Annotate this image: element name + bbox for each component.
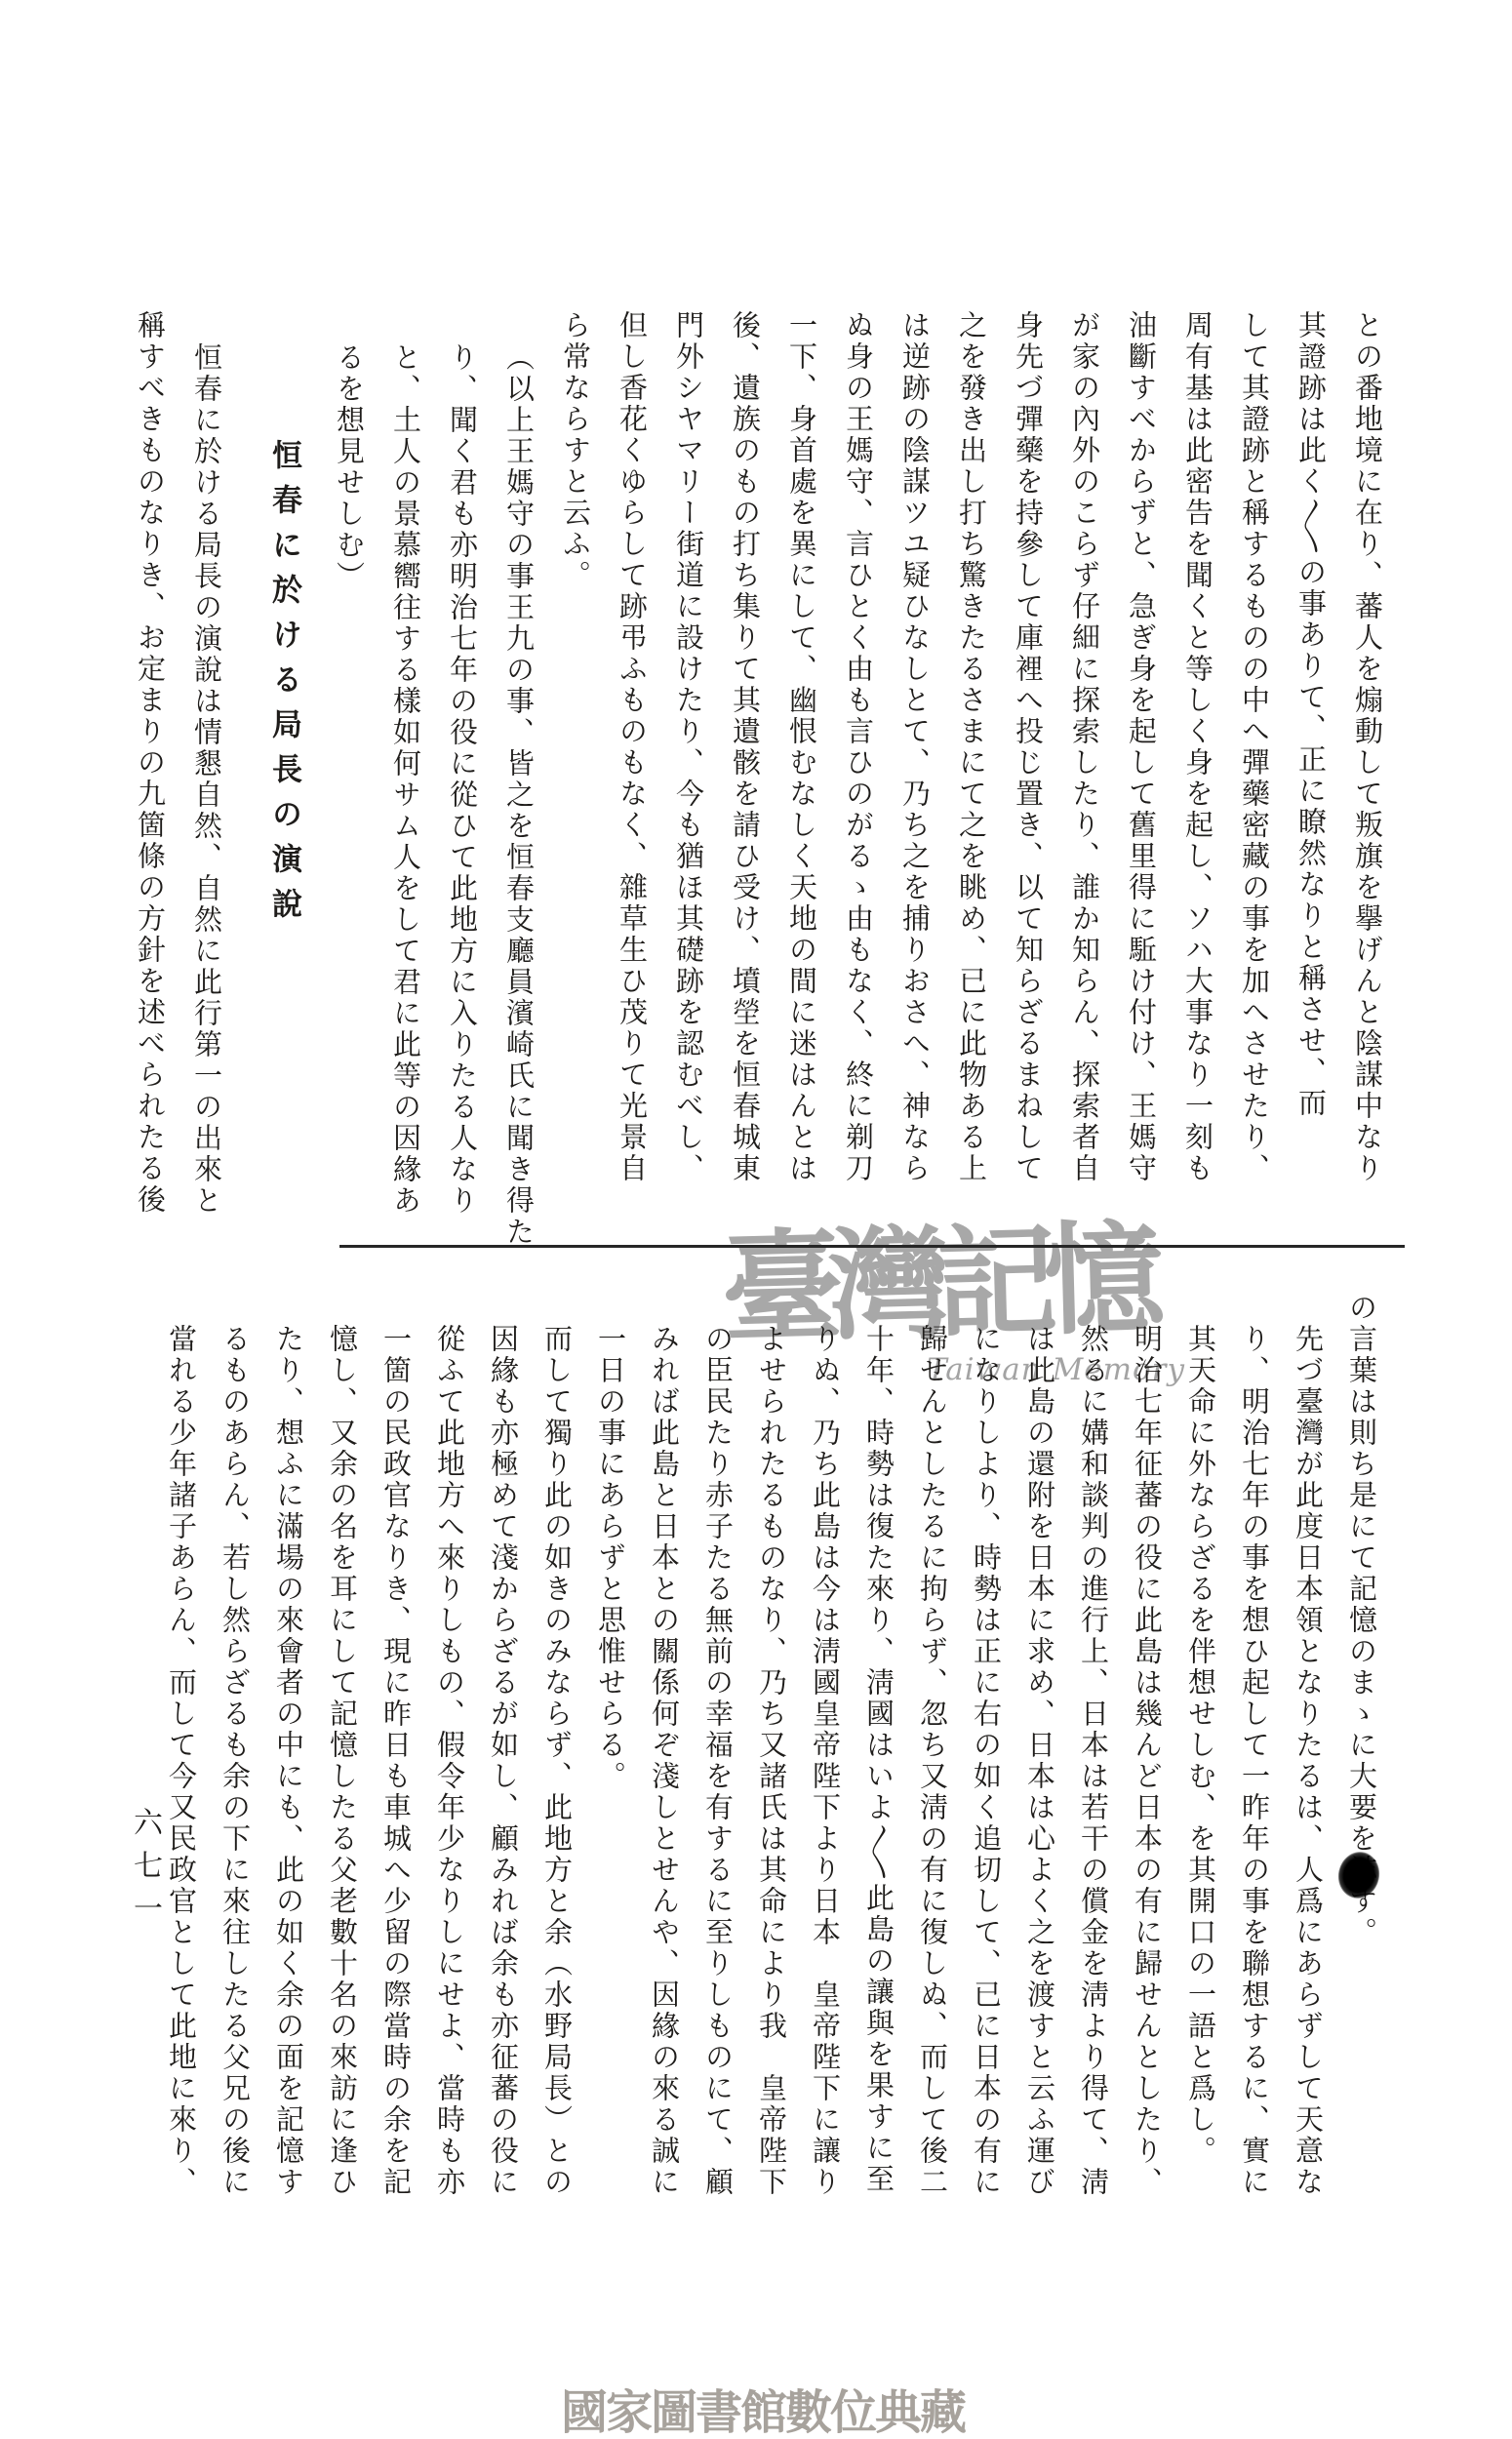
text-column: 歸せんとしたるに拘らず、忽ち又淸の有に復しぬ、而して後二 <box>904 1293 958 2249</box>
text-column: 先づ臺灣が此度日本領となりたるは、人爲にあらずして天意な <box>1280 1293 1333 2249</box>
text-column: 其證跡は此く〱の事ありて、正に瞭然なりと稱させ、而 <box>1282 310 1338 1237</box>
text-column: 其天命に外ならざるを伴想せしむ、を其開口の一語と爲し。 <box>1173 1293 1226 2249</box>
text-column: との番地境に在り、蕃人を煽動して叛旗を擧げんと陰謀中なり <box>1338 310 1395 1237</box>
text-column: りぬ、乃ち此島は今は淸國皇帝陛下より日本 皇帝陛下に讓り <box>797 1293 851 2249</box>
text-column: たり、想ふに滿場の來會者の中にも、此の如く余の面を記憶す <box>260 1293 314 2249</box>
text-column: 當れる少年諸子あらん、而して今又民政官として此地に來り、 <box>153 1293 207 2249</box>
text-column: 恒春に於ける局長の演說は情懇自然、自然に此行第一の出來と <box>178 310 234 1237</box>
page-number: 六七一 <box>123 1807 166 1936</box>
text-column: ぬ身の王媽守、言ひとく由も言ひのがるゝ由もなく、終に剃刀 <box>829 310 886 1237</box>
text-column: 門外シヤマリー街道に設けたり、今も猶ほ其礎跡を認むべし、 <box>659 310 716 1237</box>
text-column: の臣民たり赤子たる無前の幸福を有するに至りしものにて、顧 <box>690 1293 743 2249</box>
archive-caption: 國家圖書館數位典藏 <box>561 2375 965 2439</box>
section-heading: 恒春に於ける局長の演說 <box>254 310 314 1237</box>
text-column: 一下、身首處を異にして、幽恨むなしく天地の間に迷はんとは <box>773 310 829 1237</box>
text-column: （以上王媽守の事王九の事、皆之を恒春支廳員濱崎氏に聞き得た <box>490 310 546 1237</box>
text-column: るを想見せしむ） <box>320 310 377 1237</box>
text-column: 從ふて此地方へ來りしもの、假令年少なりしにせよ、當時も亦 <box>421 1293 475 2249</box>
text-column: 憶し、又余の名を耳にして記憶したる父老數十名の來訪に逢ひ <box>314 1293 368 2249</box>
text-column: 油斷すべからずと、急ぎ身を起して舊里得に駈け付け、王媽守 <box>1112 310 1169 1237</box>
text-column: 一日の事にあらずと思惟せらる。 <box>582 1293 636 2249</box>
text-column: よせられたるものなり、乃ち又諸氏は其命により我 皇帝陛下 <box>743 1293 797 2249</box>
text-column: みれば此島と日本との關係何ぞ淺しとせんや、因緣の來る誠に <box>636 1293 690 2249</box>
top-text-block: との番地境に在り、蕃人を煽動して叛旗を擧げんと陰謀中なり其證跡は此く〱の事ありて… <box>121 310 1395 1237</box>
document-page: 臺灣記憶 Taiwan Memory との番地境に在り、蕃人を煽動して叛旗を擧げ… <box>0 0 1512 2439</box>
text-column: り、聞く君も亦明治七年の役に從ひて此地方に入りたる人なり <box>433 310 490 1237</box>
text-column: の言葉は則ち是にて記憶のまゝに大要を誌す。 <box>1333 1293 1387 2249</box>
bottom-text-block: の言葉は則ち是にて記憶のまゝに大要を誌す。先づ臺灣が此度日本領となりたるは、人爲… <box>153 1293 1387 2249</box>
text-column: と、土人の景慕嚮往する樣如何サム人をして君に此等の因緣あ <box>377 310 433 1237</box>
text-column: 而して獨り此の如きのみならず、此地方と余（水野局長）との <box>529 1293 582 2249</box>
text-column: が家の內外のこらず仔細に探索したり、誰か知らん、探索者自 <box>1055 310 1112 1237</box>
text-column: 明治七年征蕃の役に此島は幾んど日本の有に歸せんとしたり、 <box>1119 1293 1173 2249</box>
text-column: るものあらん、若し然らざるも余の下に來往したる父兄の後に <box>207 1293 260 2249</box>
text-column: 一箇の民政官なりき、現に昨日も車城へ少留の際當時の余を記 <box>368 1293 421 2249</box>
text-column: 稱すべきものなりき、お定まりの九箇條の方針を述べられたる後 <box>121 310 178 1237</box>
text-column: 然るに媾和談判の進行上、日本は若干の償金を淸より得て、淸 <box>1065 1293 1119 2249</box>
text-column: は此島の還附を日本に求め、日本は心よく之を渡すと云ふ運び <box>1012 1293 1065 2249</box>
block-divider-rule <box>339 1245 1405 1248</box>
text-column: 之を發き出し打ち驚きたるさまにて之を眺め、已に此物ある上 <box>942 310 999 1237</box>
text-column: 身先づ彈藥を持參して庫裡へ投じ置き、以て知らざるまねして <box>999 310 1055 1237</box>
text-column: して其證跡と稱するものの中へ彈藥密藏の事を加へさせたり、 <box>1225 310 1282 1237</box>
text-column: になりしより、時勢は正に右の如く追切して、已に日本の有に <box>958 1293 1012 2249</box>
text-column: 十年、時勢は復た來り、淸國はいよ〱此島の讓與を果すに至 <box>851 1293 904 2249</box>
text-column: ら常ならすと云ふ。 <box>546 310 603 1237</box>
text-column: 後、遺族のもの打ち集りて其遺骸を請ひ受け、墳塋を恒春城東 <box>716 310 773 1237</box>
text-column: り、明治七年の事を想ひ起して一昨年の事を聯想するに、實に <box>1226 1293 1280 2249</box>
text-column: 因緣も亦極めて淺からざるが如し、顧みれば余も亦征蕃の役に <box>475 1293 529 2249</box>
text-column: 但し香花くゆらして跡弔ふものもなく、雜草生ひ茂りて光景自 <box>603 310 659 1237</box>
text-column: は逆跡の陰謀ツユ疑ひなしとて、乃ち之を捕りおさへ、神なら <box>886 310 942 1237</box>
text-column: 周有基は此密告を聞くと等しく身を起し、ソハ大事なり一刻も <box>1169 310 1225 1237</box>
